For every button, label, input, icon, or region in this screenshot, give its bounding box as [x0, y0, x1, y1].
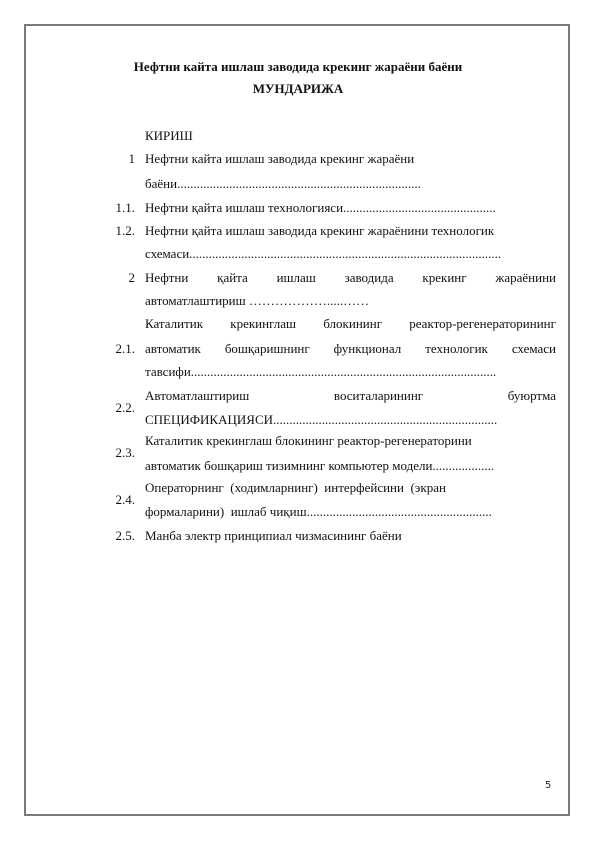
- toc-word: Автоматлаштириш: [145, 388, 249, 404]
- toc-number: 2: [95, 270, 135, 286]
- toc-entry-justified-line: Автоматлаштириш воситаларининг буюртма: [145, 388, 556, 404]
- toc-word: қайта: [217, 270, 248, 286]
- toc-word: буюртма: [508, 388, 556, 404]
- toc-entry-text: Нефтни қайта ишлаш технологияси.........…: [145, 200, 556, 216]
- toc-word: технологик: [425, 341, 488, 357]
- toc-entry-justified-line: автоматик бошқаришнинг функционал технол…: [145, 341, 556, 357]
- toc-entry-text: автоматик бошқариш тизимнинг компьютер м…: [145, 458, 556, 474]
- toc-number: 2.2.: [95, 400, 135, 416]
- page-number: 5: [545, 780, 551, 792]
- toc-entry-text: автоматлаштириш ……………….....……: [145, 293, 556, 309]
- toc-entry-text: баёни...................................…: [145, 176, 556, 192]
- toc-word: схемаси: [512, 341, 556, 357]
- toc-number: 1: [95, 151, 135, 167]
- toc-word: Каталитик: [145, 316, 203, 332]
- toc-number: 2.5.: [95, 528, 135, 544]
- toc-word: автоматик: [145, 341, 201, 357]
- toc-word: воситаларининг: [334, 388, 423, 404]
- toc-entry-text: схемаси.................................…: [145, 246, 556, 262]
- toc-entry-text: Нефтни қайта ишлаш заводида крекинг жара…: [145, 223, 556, 239]
- toc-entry-text: СПЕЦИФИКАЦИЯСИ..........................…: [145, 412, 556, 428]
- toc-word: ишлаш: [277, 270, 316, 286]
- toc-number: 2.1.: [95, 341, 135, 357]
- toc-number: 2.4.: [95, 492, 135, 508]
- toc-heading: МУНДАРИЖА: [0, 81, 596, 97]
- toc-word: Нефтни: [145, 270, 188, 286]
- toc-entry-text: Каталитик крекинглаш блокининг реактор-р…: [145, 433, 556, 449]
- toc-word: крекинглаш: [230, 316, 296, 332]
- toc-number: 2.3.: [95, 445, 135, 461]
- toc-word: блокининг: [323, 316, 382, 332]
- toc-word: функционал: [334, 341, 402, 357]
- toc-word: крекинг: [422, 270, 466, 286]
- toc-number: 1.2.: [95, 223, 135, 239]
- toc-entry-text: Манба электр принципиал чизмасининг баён…: [145, 528, 556, 544]
- toc-word: реактор-регенераторининг: [409, 316, 556, 332]
- toc-word: заводида: [345, 270, 394, 286]
- toc-entry-text: Нефтни кайта ишлаш заводида крекинг жара…: [145, 151, 556, 167]
- toc-entry-text: Операторнинг (ходимларнинг) интерфейсини…: [145, 480, 556, 496]
- document-title: Нефтни кайта ишлаш заводида крекинг жара…: [0, 59, 596, 75]
- toc-entry-justified-line: Нефтни қайта ишлаш заводида крекинг жара…: [145, 270, 556, 286]
- toc-entry-text: формаларини) ишлаб чиқиш................…: [145, 504, 556, 520]
- toc-word: бошқаришнинг: [225, 341, 310, 357]
- toc-intro: КИРИШ: [145, 128, 556, 144]
- toc-word: жараёнини: [495, 270, 556, 286]
- toc-entry-text: тавсифи.................................…: [145, 364, 556, 380]
- toc-number: 1.1.: [95, 200, 135, 216]
- toc-entry-justified-line: Каталитик крекинглаш блокининг реактор-р…: [145, 316, 556, 332]
